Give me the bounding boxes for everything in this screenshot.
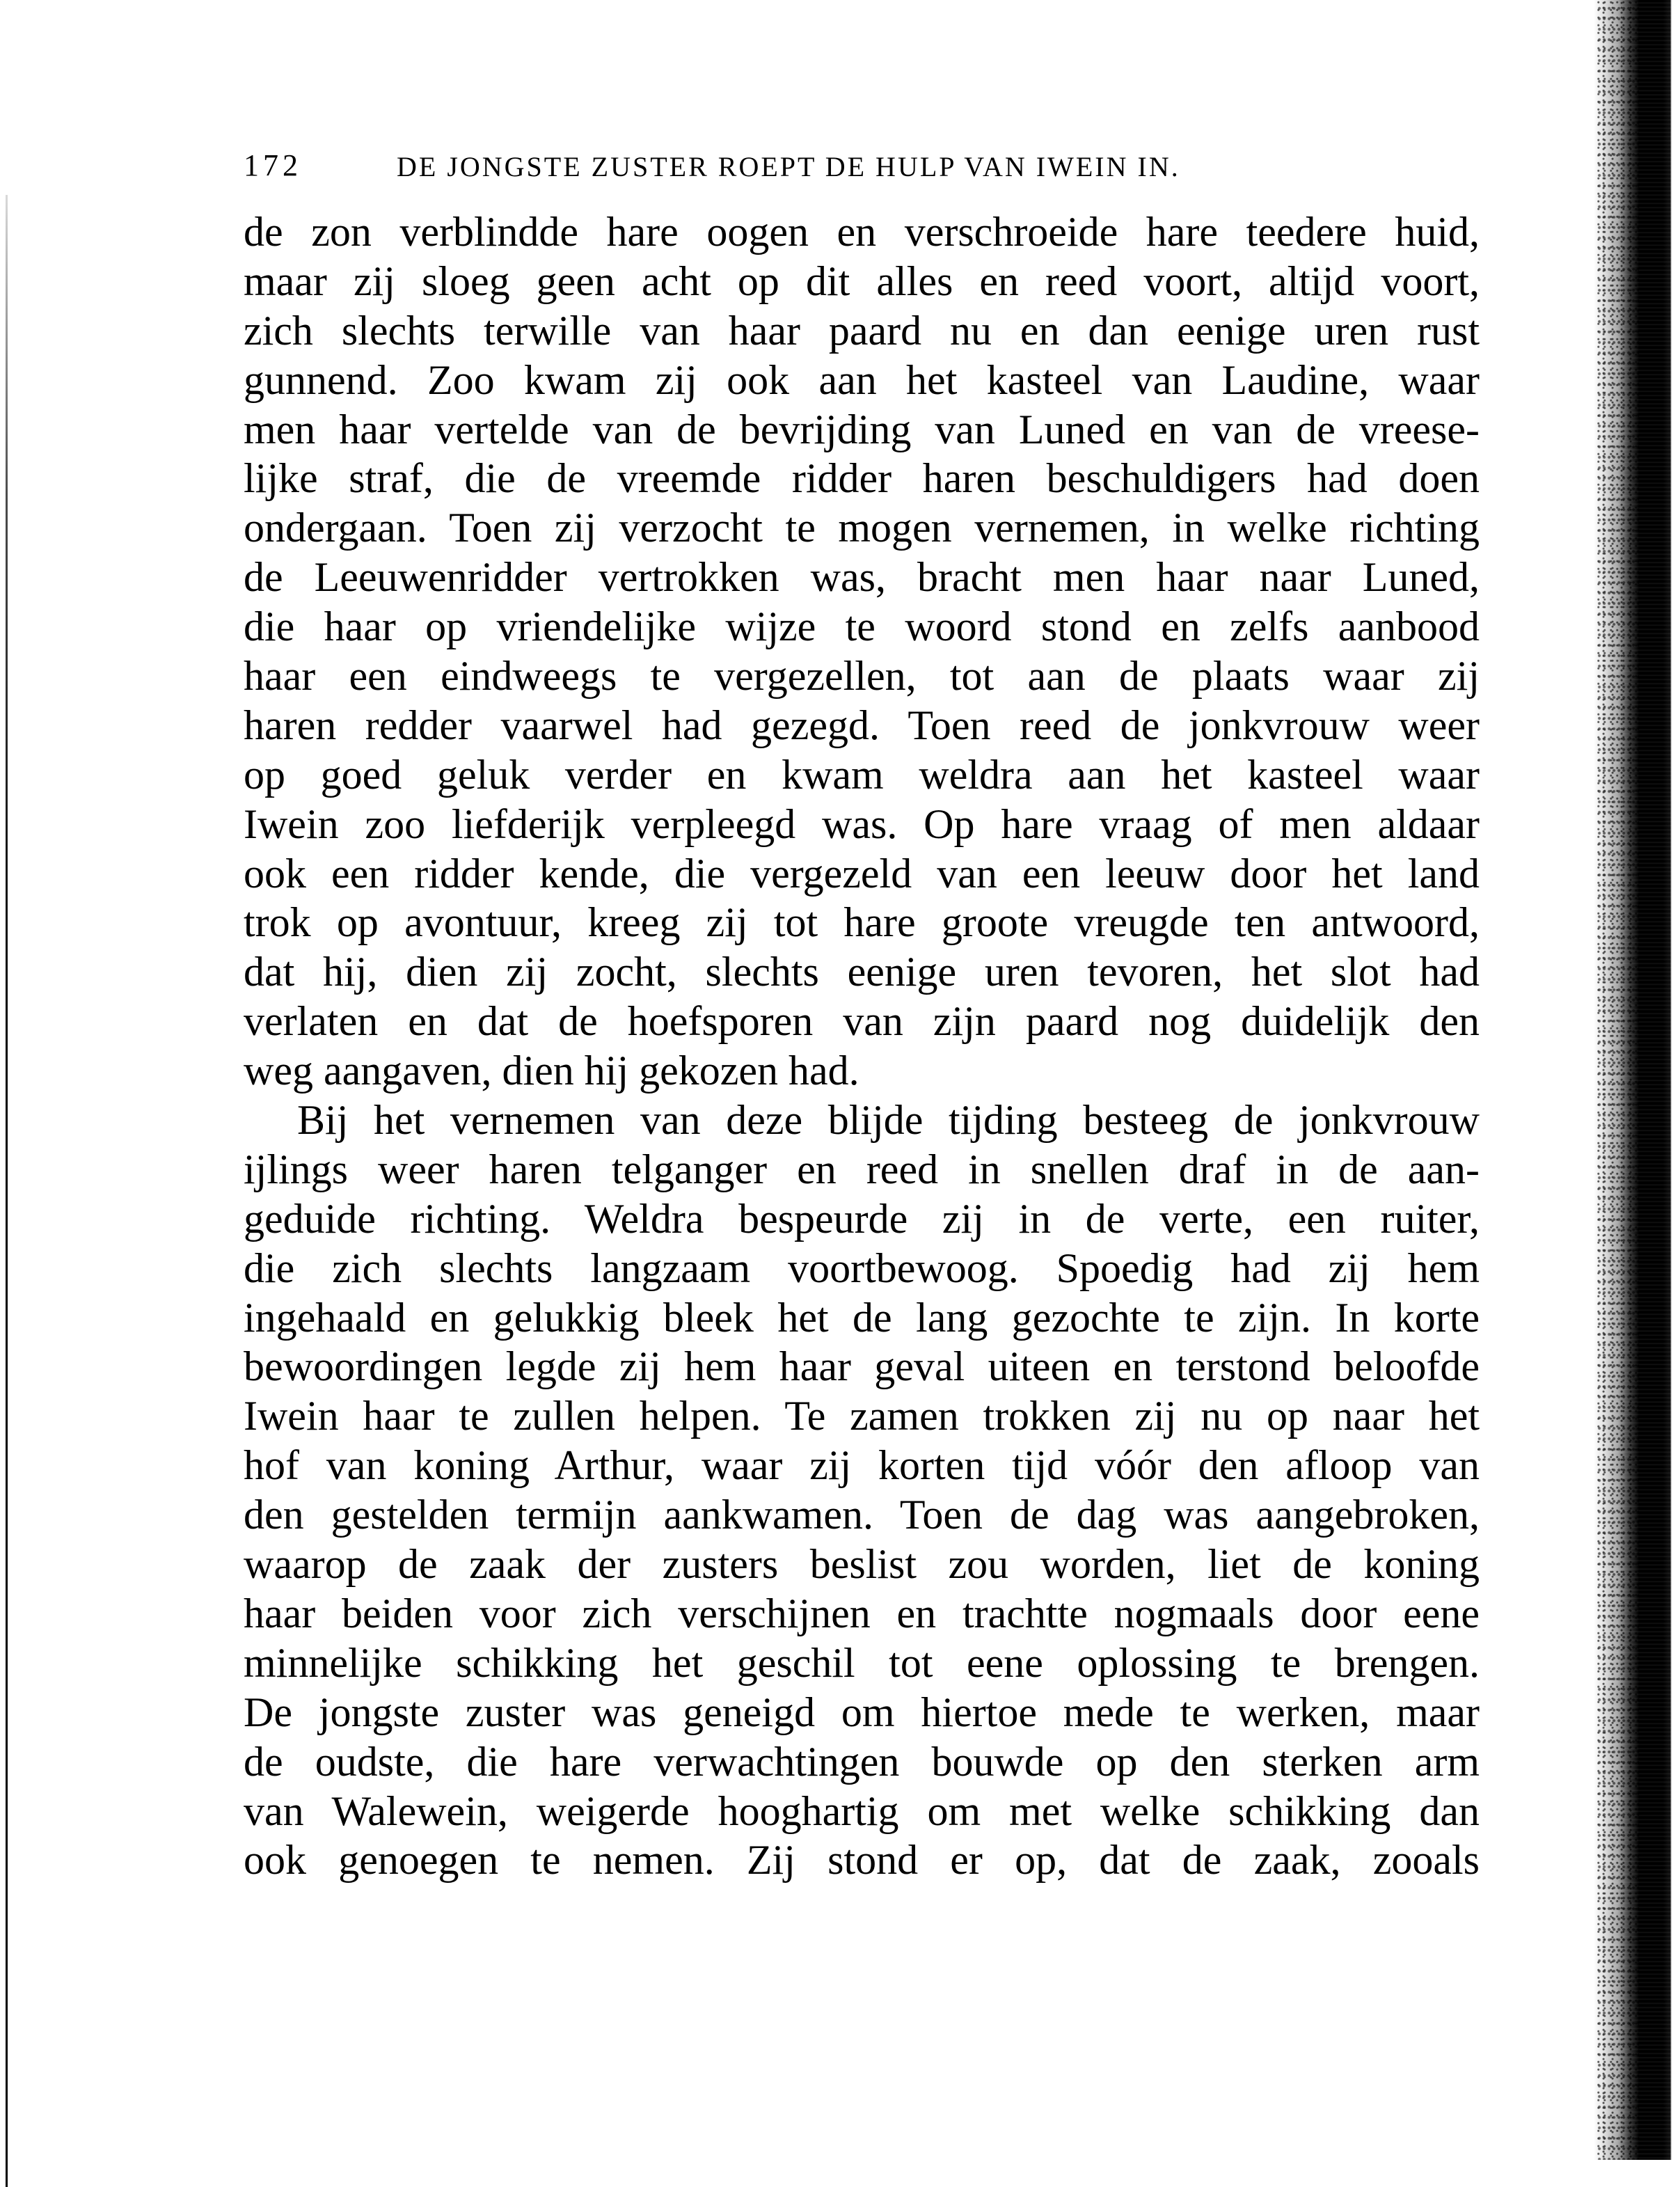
text-line: lijke straf, die de vreemde ridder haren… [244, 454, 1480, 503]
text-line: de zon verblindde hare oogen en verschro… [244, 207, 1480, 257]
text-line: haar een eindweegs te vergezellen, tot a… [244, 652, 1480, 701]
text-line: haar beiden voor zich verschijnen en tra… [244, 1589, 1480, 1639]
text-line: gunnend. Zoo kwam zij ook aan het kastee… [244, 356, 1480, 405]
text-line: waarop de zaak der zusters beslist zou w… [244, 1540, 1480, 1589]
text-line: bewoordingen legde zij hem haar geval ui… [244, 1342, 1480, 1391]
text-line: haren redder vaarwel had gezegd. Toen re… [244, 701, 1480, 750]
text-line: zich slechts terwille van haar paard nu … [244, 306, 1480, 356]
left-scan-edge [6, 195, 8, 2187]
text-line: verlaten en dat de hoefsporen van zijn p… [244, 997, 1480, 1046]
text-line: minnelijke schikking het geschil tot een… [244, 1639, 1480, 1688]
text-line: die zich slechts langzaam voortbewoog. S… [244, 1244, 1480, 1293]
paragraph-start-line: Bij het vernemen van deze blijde tijding… [244, 1096, 1480, 1145]
text-line: ondergaan. Toen zij verzocht te mogen ve… [244, 503, 1480, 553]
body-text: de zon verblindde hare oogen en verschro… [244, 207, 1480, 1885]
text-line: ijlings weer haren telganger en reed in … [244, 1145, 1480, 1194]
text-line: men haar vertelde van de bevrijding van … [244, 405, 1480, 455]
page-number: 172 [244, 145, 302, 187]
text-line: den gestelden termijn aankwamen. Toen de… [244, 1490, 1480, 1540]
text-line: de oudste, die hare verwachtingen bouwde… [244, 1737, 1480, 1787]
running-head: 172 DE JONGSTE ZUSTER ROEPT DE HULP VAN … [244, 145, 1357, 187]
gutter-shadow [1594, 0, 1680, 2160]
text-line: op goed geluk verder en kwam weldra aan … [244, 750, 1480, 800]
text-line: ook genoegen te nemen. Zij stond er op, … [244, 1835, 1480, 1885]
text-line: hof van koning Arthur, waar zij korten t… [244, 1441, 1480, 1490]
text-line: De jongste zuster was geneigd om hiertoe… [244, 1688, 1480, 1737]
running-head-title: DE JONGSTE ZUSTER ROEPT DE HULP VAN IWEI… [397, 146, 1180, 188]
text-line: Iwein zoo liefderijk verpleegd was. Op h… [244, 800, 1480, 849]
text-line: maar zij sloeg geen acht op dit alles en… [244, 257, 1480, 306]
paragraph-end-line: weg aangaven, dien hij gekozen had. [244, 1046, 1480, 1096]
text-line: geduide richting. Weldra bespeurde zij i… [244, 1194, 1480, 1244]
text-line: die haar op vriendelijke wijze te woord … [244, 602, 1480, 652]
text-line: Iwein haar te zullen helpen. Te zamen tr… [244, 1391, 1480, 1441]
text-line: van Walewein, weigerde hooghartig om met… [244, 1787, 1480, 1836]
text-line: de Leeuwenridder vertrokken was, bracht … [244, 553, 1480, 602]
text-line: trok op avontuur, kreeg zij tot hare gro… [244, 898, 1480, 947]
text-line: ingehaald en gelukkig bleek het de lang … [244, 1293, 1480, 1343]
book-page: 172 DE JONGSTE ZUSTER ROEPT DE HULP VAN … [0, 0, 1680, 2187]
text-line: ook een ridder kende, die vergezeld van … [244, 849, 1480, 899]
text-line: dat hij, dien zij zocht, slechts eenige … [244, 947, 1480, 997]
